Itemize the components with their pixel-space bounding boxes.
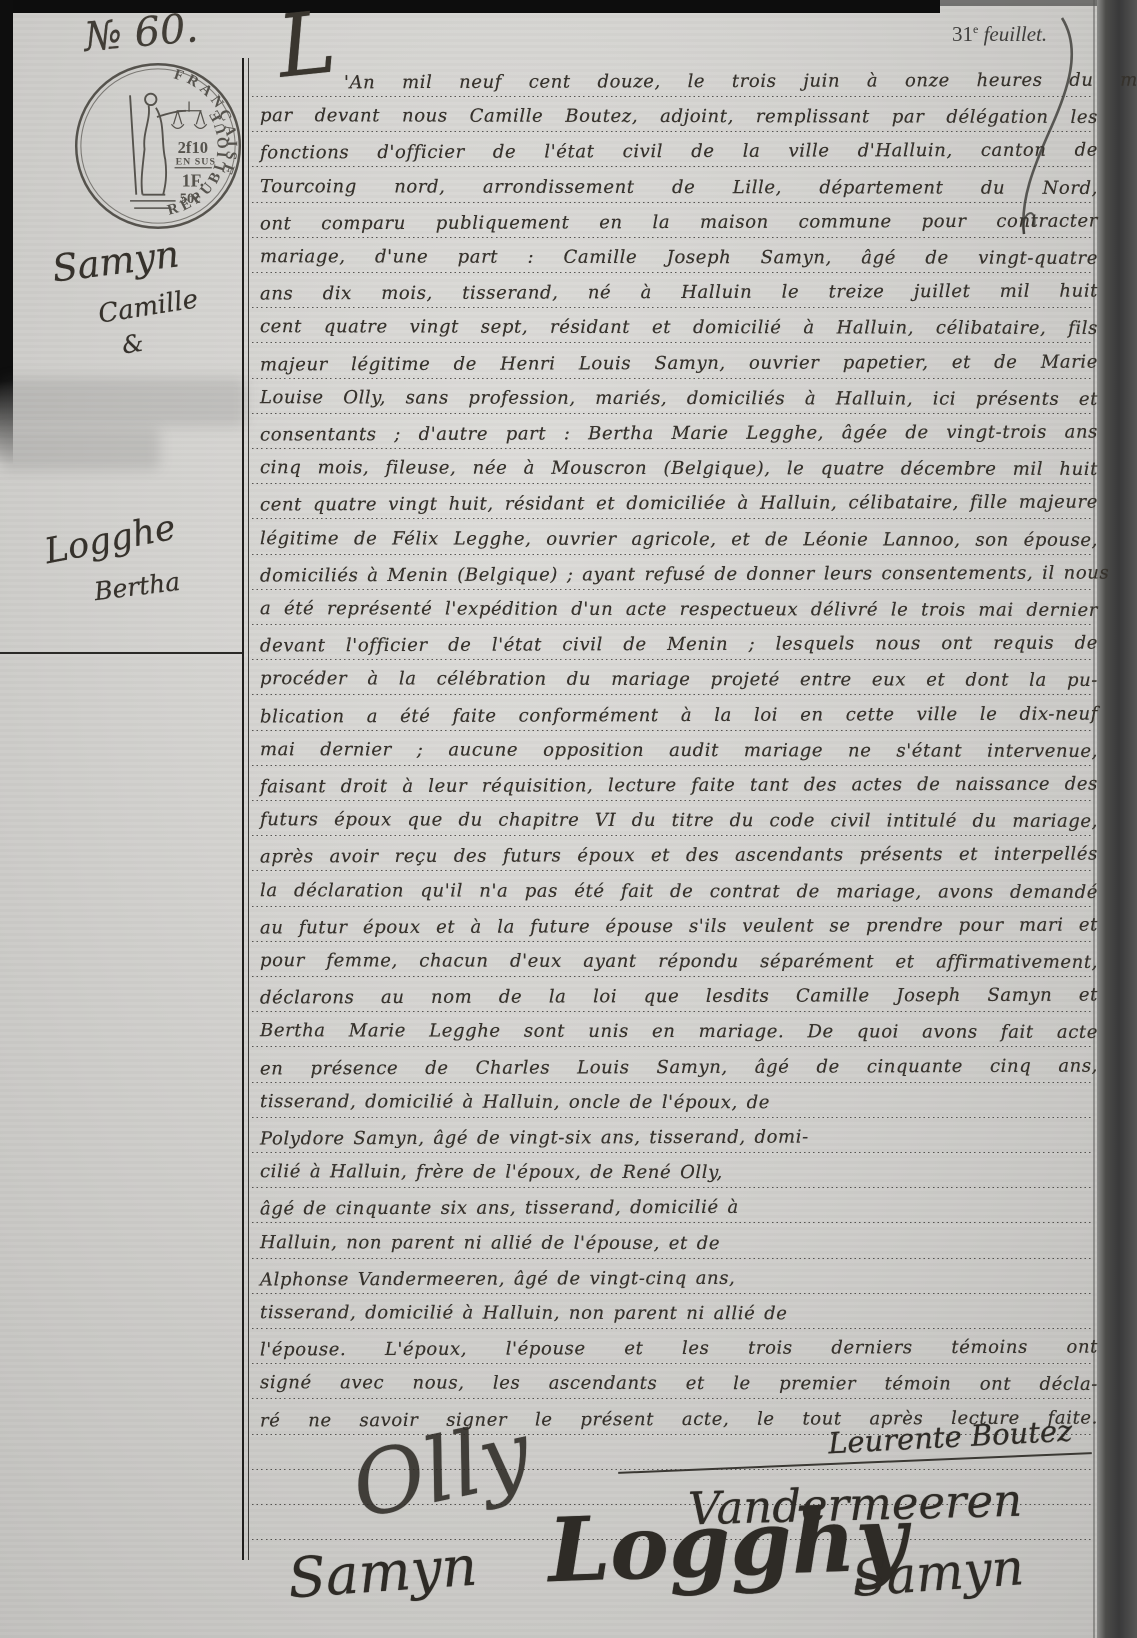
margin-vertical-rule: [242, 58, 249, 1560]
stamp-surtax-label: EN SUS: [176, 157, 216, 168]
act-line: consentants ; d'autre part : Bertha Mari…: [252, 418, 1098, 451]
act-line: tisserand, domicilié à Halluin, oncle de…: [252, 1087, 1098, 1119]
act-line: cinq mois, fileuse, née à Mouscron (Belg…: [252, 453, 1098, 485]
act-line: domiciliés à Menin (Belgique) ; ayant re…: [252, 558, 1098, 591]
margin-smudge: [0, 428, 160, 470]
scan-edge-right: [1097, 0, 1137, 1638]
act-line: Halluin, non parent ni allié de l'épouse…: [252, 1228, 1098, 1260]
margin-smudge: [0, 378, 246, 426]
act-line: faisant droit à leur réquisition, lectur…: [252, 770, 1098, 803]
act-line: déclarons au nom de la loi que lesdits C…: [252, 981, 1098, 1014]
act-line: futurs époux que du chapitre VI du titre…: [252, 805, 1098, 837]
stamp-value-centimes: 50c: [180, 191, 201, 207]
act-line: majeur légitime de Henri Louis Samyn, ou…: [252, 347, 1098, 380]
act-line: a été représenté l'expédition d'un acte …: [252, 594, 1098, 626]
act-line: fonctions d'officier de l'état civil de …: [252, 136, 1098, 169]
act-line: mariage, d'une part : Camille Joseph Sam…: [252, 242, 1098, 274]
margin-bride-firstname: Bertha: [93, 567, 182, 606]
act-line: procéder à la célébration du mariage pro…: [252, 665, 1098, 697]
stamp-value-francs: 1F.: [182, 170, 204, 190]
act-line: devant l'officier de l'état civil de Men…: [252, 629, 1098, 662]
margin-bride-surname: Logghe: [41, 508, 179, 573]
signature-samyn-left: Samyn: [286, 1533, 479, 1610]
act-line: signé avec nous, les ascendants et le pr…: [252, 1369, 1098, 1401]
act-line: blication a été faite conformément à la …: [252, 699, 1098, 732]
act-line: en présence de Charles Louis Samyn, âgé …: [252, 1051, 1098, 1084]
act-line: cent quatre vingt sept, résidant et domi…: [252, 313, 1098, 345]
folio-number: 31: [952, 22, 973, 46]
act-line: par devant nous Camille Boutez, adjoint,…: [252, 101, 1098, 133]
margin-connector: &: [120, 329, 145, 360]
act-line: cent quatre vingt huit, résidant et domi…: [252, 488, 1098, 521]
act-line: ans dix mois, tisserand, né à Halluin le…: [252, 277, 1098, 310]
margin-divider-line: [0, 652, 243, 654]
act-line: après avoir reçu des futurs époux et des…: [252, 840, 1098, 873]
margin-groom-firstname: Camille: [96, 284, 200, 329]
act-line: Tourcoing nord, arrondissement de Lille,…: [252, 172, 1098, 204]
act-line: la déclaration qu'il n'a pas été fait de…: [252, 876, 1098, 908]
act-line: Bertha Marie Legghe sont unis en mariage…: [252, 1017, 1098, 1049]
paraphe-stroke: [990, 10, 1110, 240]
folio-ordinal: e: [973, 22, 978, 36]
act-big-initial: L: [274, 0, 340, 91]
act-line: âgé de cinquante six ans, tisserand, dom…: [252, 1192, 1098, 1225]
document-page: № 60. 31e feuillet.: [0, 0, 1137, 1638]
act-line: pour femme, chacun d'eux ayant répondu s…: [252, 946, 1098, 978]
revenue-stamp: RÉPUBLIQUE FRANÇAISE 2f10 EN SUS 1F. 50c: [70, 58, 246, 234]
margin-groom-surname: Samyn: [50, 232, 182, 290]
act-number: № 60.: [82, 5, 200, 61]
signature-samyn-right: Samyn: [850, 1538, 1026, 1608]
act-line: tisserand, domicilié à Halluin, non pare…: [252, 1298, 1098, 1330]
act-line: Louise Olly, sans profession, mariés, do…: [252, 383, 1098, 415]
justice-scales-icon: [171, 101, 206, 128]
act-line: l'épouse. L'époux, l'épouse et les trois…: [252, 1333, 1098, 1366]
act-line: ont comparu publiquement en la maison co…: [252, 206, 1098, 239]
staff-icon: [130, 95, 136, 194]
act-line: cilié à Halluin, frère de l'époux, de Re…: [252, 1157, 1098, 1189]
act-line: mai dernier ; aucune opposition audit ma…: [252, 735, 1098, 767]
act-line: Alphonse Vandermeeren, âgé de vingt-cinq…: [252, 1262, 1098, 1295]
act-line: légitime de Félix Legghe, ouvrier agrico…: [252, 524, 1098, 556]
stamp-surtax-value: 2f10: [178, 138, 208, 157]
act-line: Polydore Samyn, âgé de vingt-six ans, ti…: [252, 1122, 1098, 1155]
act-line: au futur époux et à la future épouse s'i…: [252, 910, 1098, 943]
